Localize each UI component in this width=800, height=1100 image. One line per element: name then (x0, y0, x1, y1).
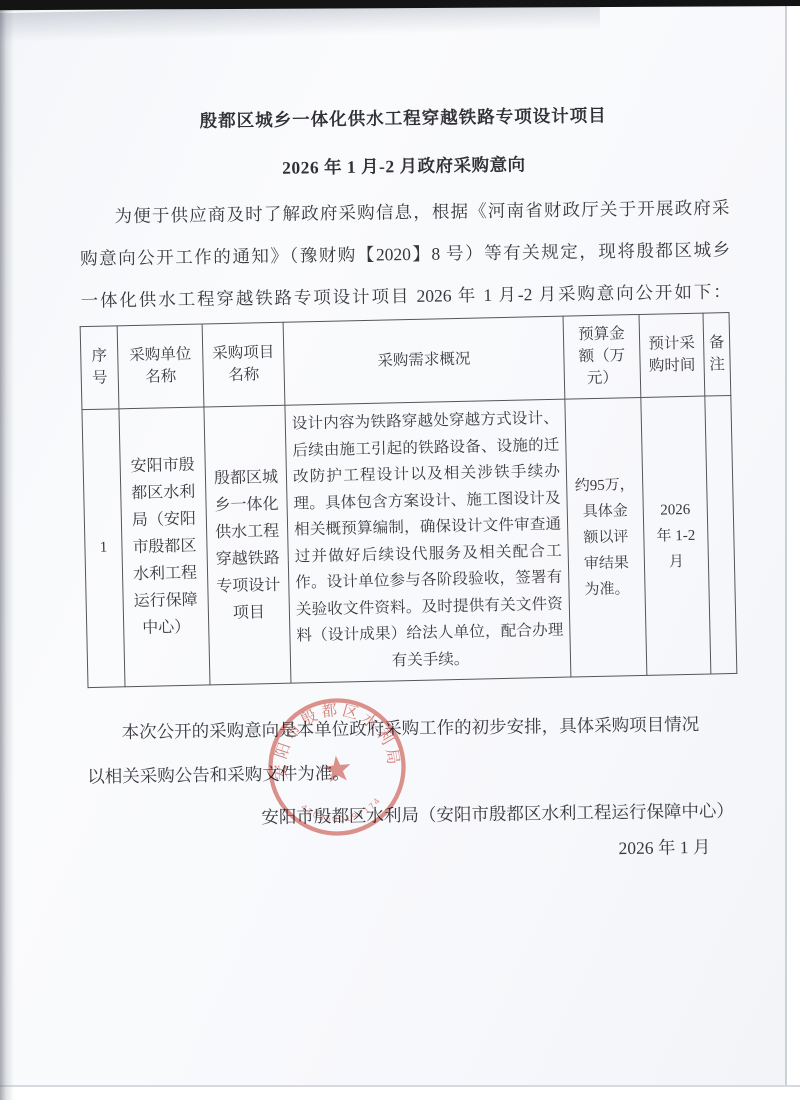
scan-edge-bottom (0, 1085, 800, 1100)
header-note: 备 注 (703, 313, 731, 397)
closing-paragraph: 本次公开的采购意向是本单位政府采购工作的初步安排，具体采购项目情况 以相关采购公… (86, 701, 737, 798)
header-unit: 采购单位 名称 (117, 324, 204, 409)
document-body: 殷都区城乡一体化供水工程穿越铁路专项设计项目 2026 年 1 月-2 月政府采… (78, 101, 739, 869)
table-header-row: 序 号 采购单位 名称 采购项目 名称 采购需求概况 预算金 额（万 元） 预计… (80, 313, 731, 410)
cell-summary: 设计内容为铁路穿越处穿越方式设计、后续由施工引起的铁路设备、设施的迁改防护工程设… (285, 399, 571, 683)
cell-note (705, 395, 737, 674)
cell-time: 2026 年 1-2 月 (641, 396, 711, 675)
cell-seq: 1 (82, 409, 125, 688)
header-budget: 预算金 额（万 元） (563, 314, 641, 399)
scan-edge-left (0, 0, 14, 1100)
header-time: 预计采 购时间 (639, 313, 705, 397)
document-title-line2: 2026 年 1 月-2 月政府采购意向 (79, 149, 729, 184)
scan-edge-right (785, 0, 800, 1100)
header-summary: 采购需求概况 (283, 316, 565, 405)
issuer-signature: 安阳市殷都区水利局（安阳市殷都区水利工程运行保障中心） (88, 797, 738, 832)
header-project: 采购项目 名称 (202, 322, 285, 407)
cell-budget: 约95万， 具体金 额以评 审结果 为准。 (565, 397, 647, 677)
procurement-intent-table: 序 号 采购单位 名称 采购项目 名称 采购需求概况 预算金 额（万 元） 预计… (80, 312, 738, 688)
table-row: 1 安阳市殷都区水利局（安阳市殷都区水利工程运行保障中心） 殷都区城乡一体化供水… (82, 395, 737, 687)
scanned-document-page: 殷都区城乡一体化供水工程穿越铁路专项设计项目 2026 年 1 月-2 月政府采… (0, 0, 800, 1100)
header-seq: 序 号 (80, 326, 119, 410)
cell-unit: 安阳市殷都区水利局（安阳市殷都区水利工程运行保障中心） (119, 407, 210, 687)
cell-project: 殷都区城乡一体化供水工程穿越铁路专项设计项目 (204, 405, 291, 685)
intro-paragraph: 为便于供应商及时了解政府采购信息，根据《河南省财政厅关于开展政府采 购意向公开工… (79, 187, 731, 322)
